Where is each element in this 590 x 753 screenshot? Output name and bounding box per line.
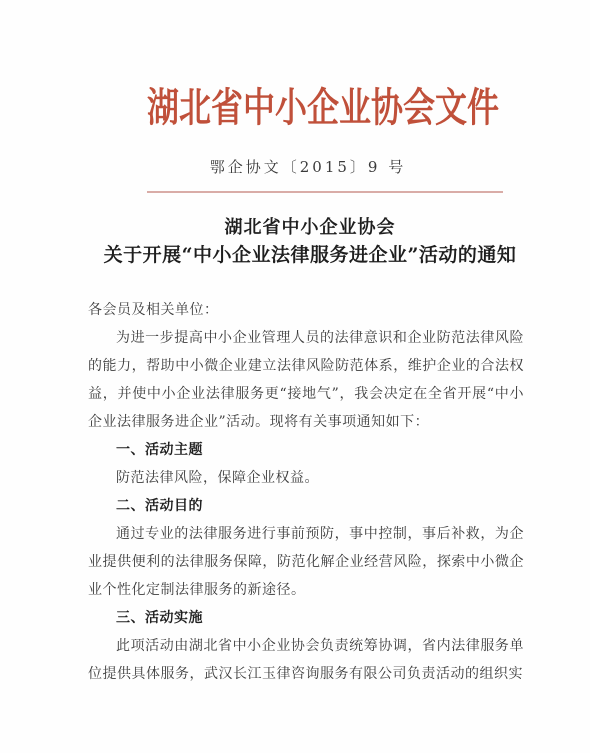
paragraph-introduction: 为进一步提高中小企业管理人员的法律意识和企业防范法律风险的能力，帮助中小微企业建… [88,324,524,436]
paragraph-activity-implementation: 此项活动由湖北省中小企业协会负责统筹协调，省内法律服务单位提供具体服务，武汉长江… [88,632,524,688]
paragraph-activity-theme: 防范法律风险，保障企业权益。 [88,464,524,492]
salutation: 各会员及相关单位： [88,296,524,324]
letterhead-title: 湖北省中小企业协会文件 [147,84,499,132]
section-heading-2: 二、活动目的 [88,492,524,520]
letterhead-header: 湖北省中小企业协会文件 [0,0,590,132]
paragraph-activity-purpose: 通过专业的法律服务进行事前预防，事中控制，事后补救，为企业提供便利的法律服务保障… [88,520,524,604]
section-heading-1: 一、活动主题 [88,436,524,464]
document-title: 湖北省中小企业协会 关于开展“中小企业法律服务进企业”活动的通知 [0,214,590,269]
notice-document-page: 湖北省中小企业协会文件 鄂企协文〔2015〕9 号 湖北省中小企业协会 关于开展… [0,0,590,753]
section-heading-3: 三、活动实施 [88,604,524,632]
document-title-organization: 湖北省中小企业协会 [30,214,590,241]
document-number: 鄂企协文〔2015〕9 号 [0,158,590,176]
red-divider-line [147,191,503,193]
document-body: 各会员及相关单位： 为进一步提高中小企业管理人员的法律意识和企业防范法律风险的能… [0,296,590,688]
document-title-subject: 关于开展“中小企业法律服务进企业”活动的通知 [30,241,590,269]
